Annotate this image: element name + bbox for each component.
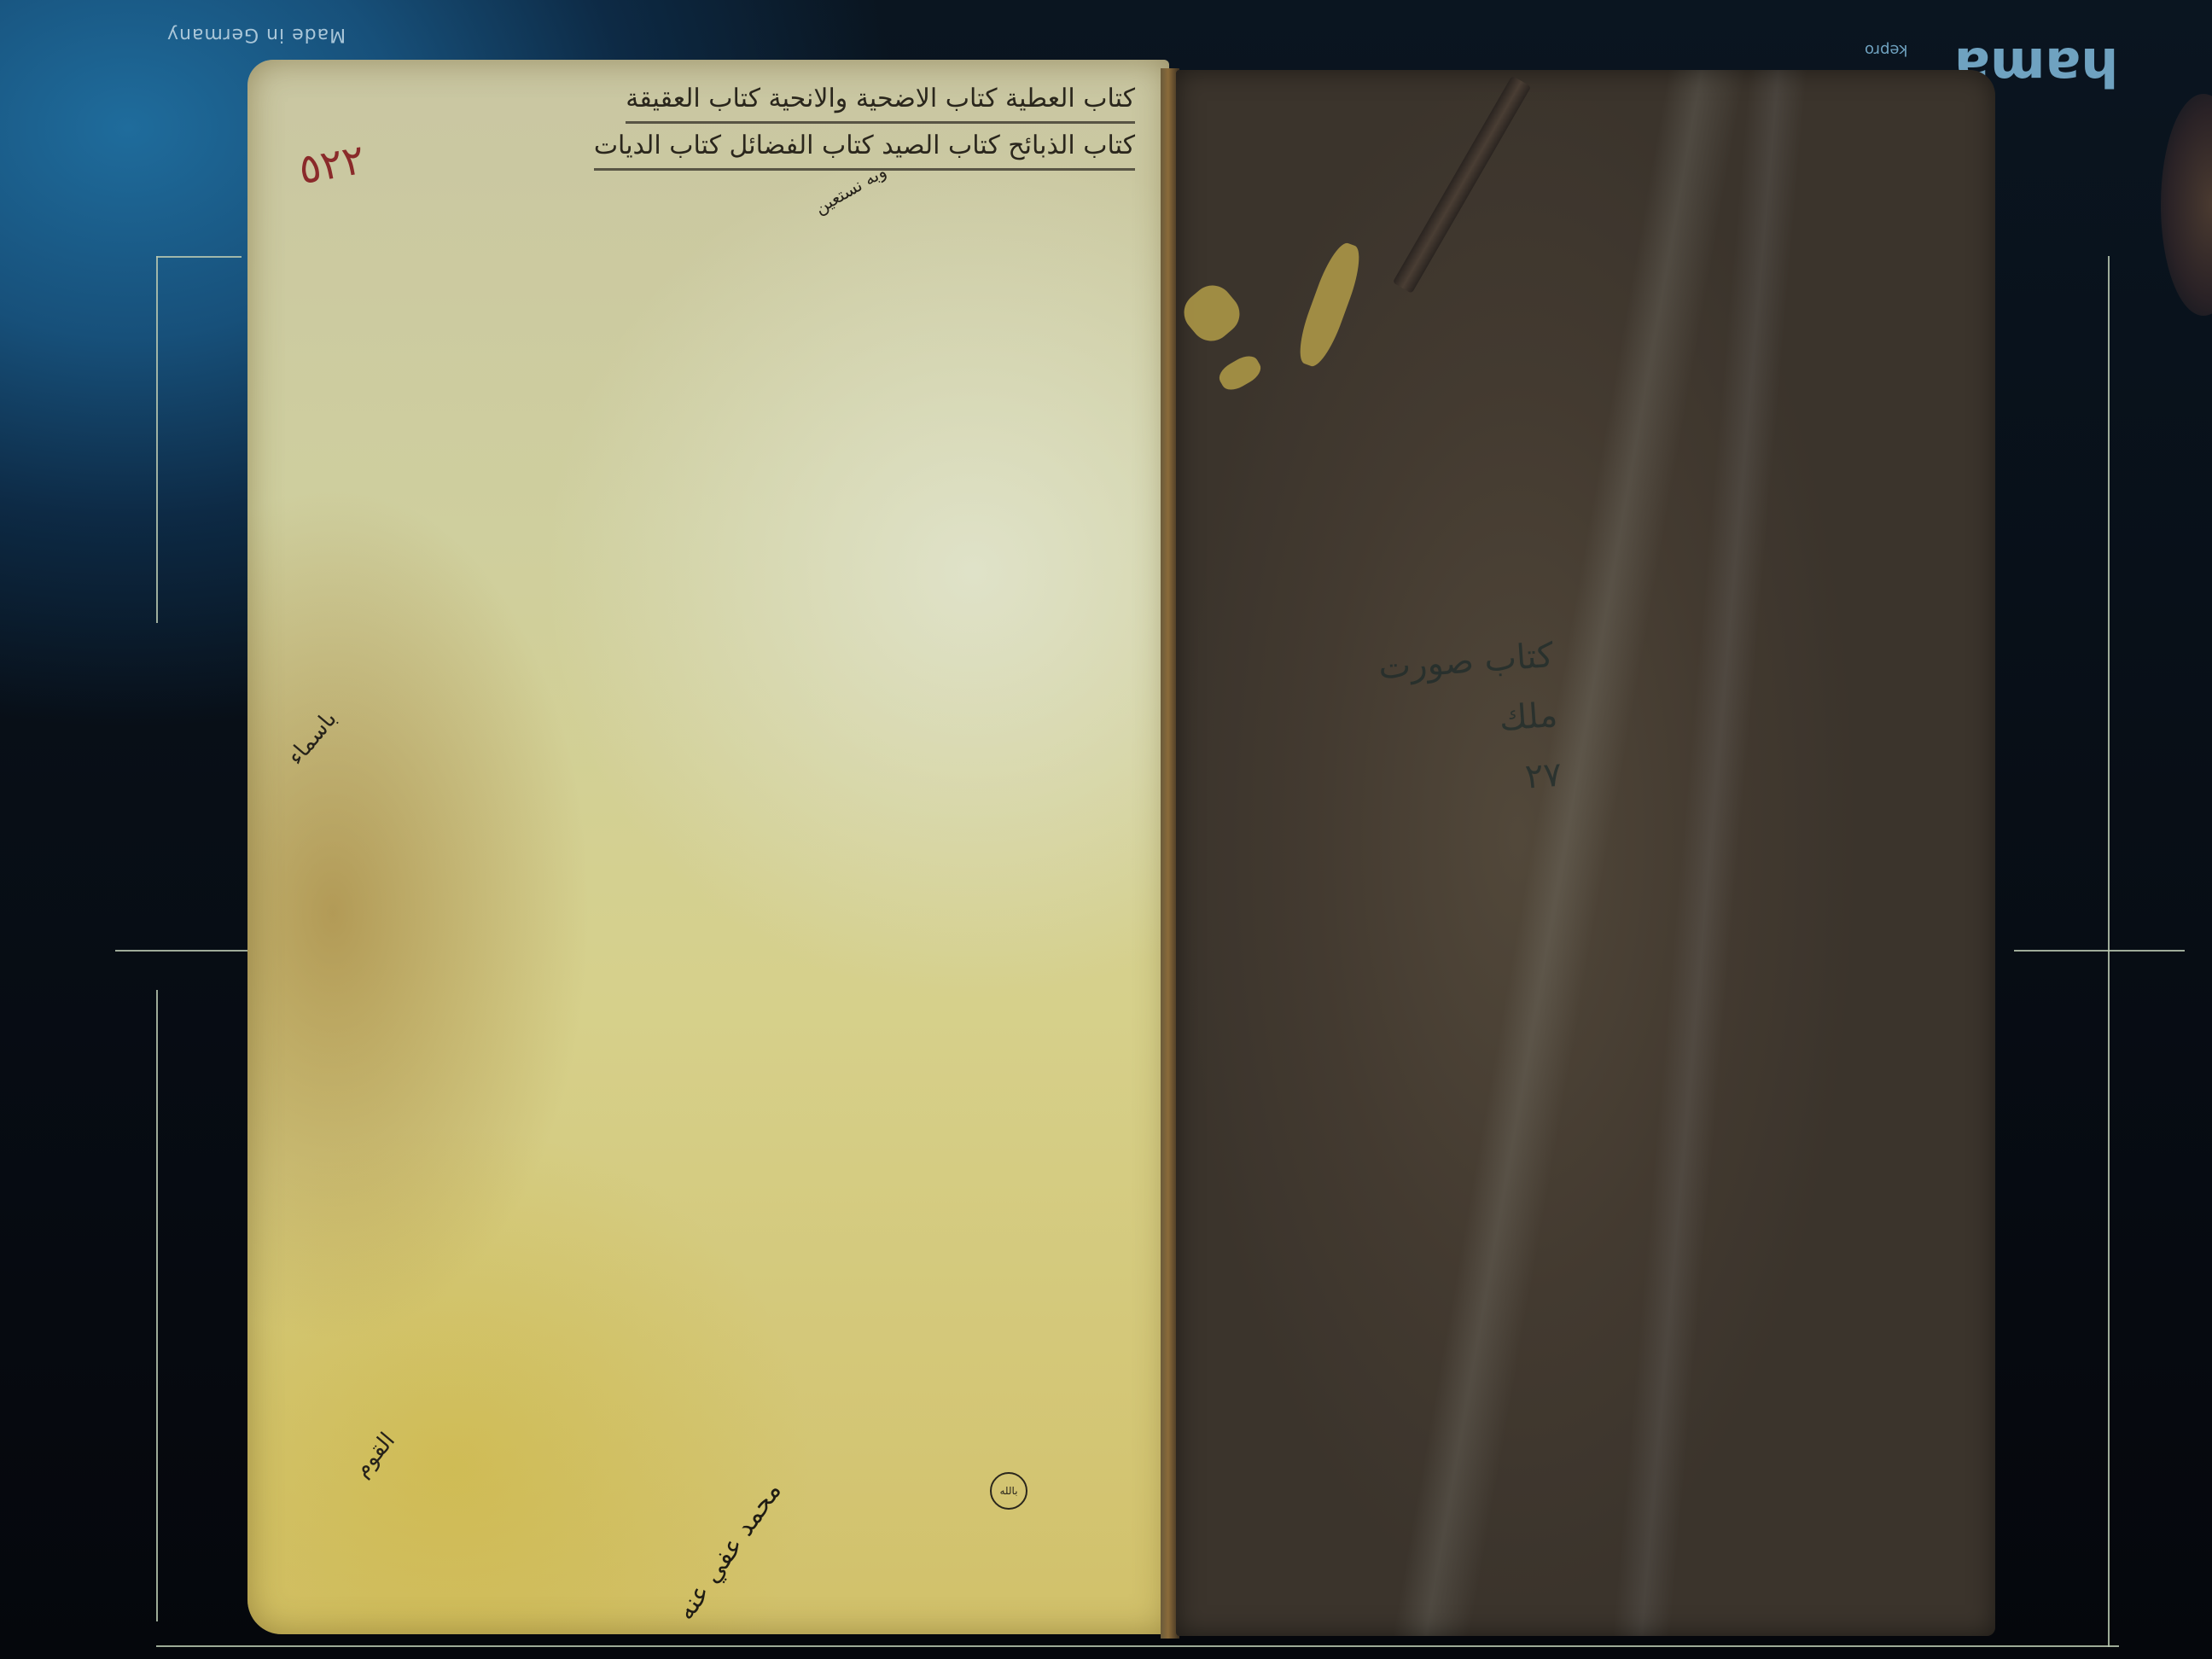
header-note-line: كتاب الذبائح كتاب الصيد كتاب الفضائل كتا… [594,124,1135,171]
manuscript-left-page: كتاب العطية كتاب الاضحية والانحية كتاب ا… [247,60,1169,1634]
mat-guide-line [156,256,158,623]
seal-stamp: بالله [990,1472,1027,1510]
margin-note: باسماء [282,707,341,771]
margin-note: القوم [349,1428,400,1482]
mat-sub-brand: kepro [1865,41,1907,59]
header-note-line: كتاب العطية كتاب الاضحية والانحية كتاب ا… [626,77,1135,124]
header-notes: كتاب العطية كتاب الاضحية والانحية كتاب ا… [401,77,1135,171]
mat-guide-line [156,256,242,258]
cover-stain [1215,352,1265,395]
page-number: ٥٢٢ [295,136,369,195]
mat-guide-line [156,990,158,1621]
cover-inscription-line: ٢٧ [1385,745,1564,817]
mat-guide-line [115,950,252,952]
manuscript-body-text: بسم الله الرحمن الرحيم وبه نستعين لا حول… [634,401,1169,1539]
cover-stain [1176,277,1249,350]
mat-guide-line [2108,256,2110,1647]
cover-inscription: كتاب صورت ملك ٢٧ [1377,626,1563,817]
mat-guide-line [156,1645,2119,1647]
cover-stain [1292,239,1368,371]
leather-cover [1176,70,1995,1636]
made-in-germany-label: Made in Germany [166,24,346,45]
mat-guide-line [2014,950,2185,952]
